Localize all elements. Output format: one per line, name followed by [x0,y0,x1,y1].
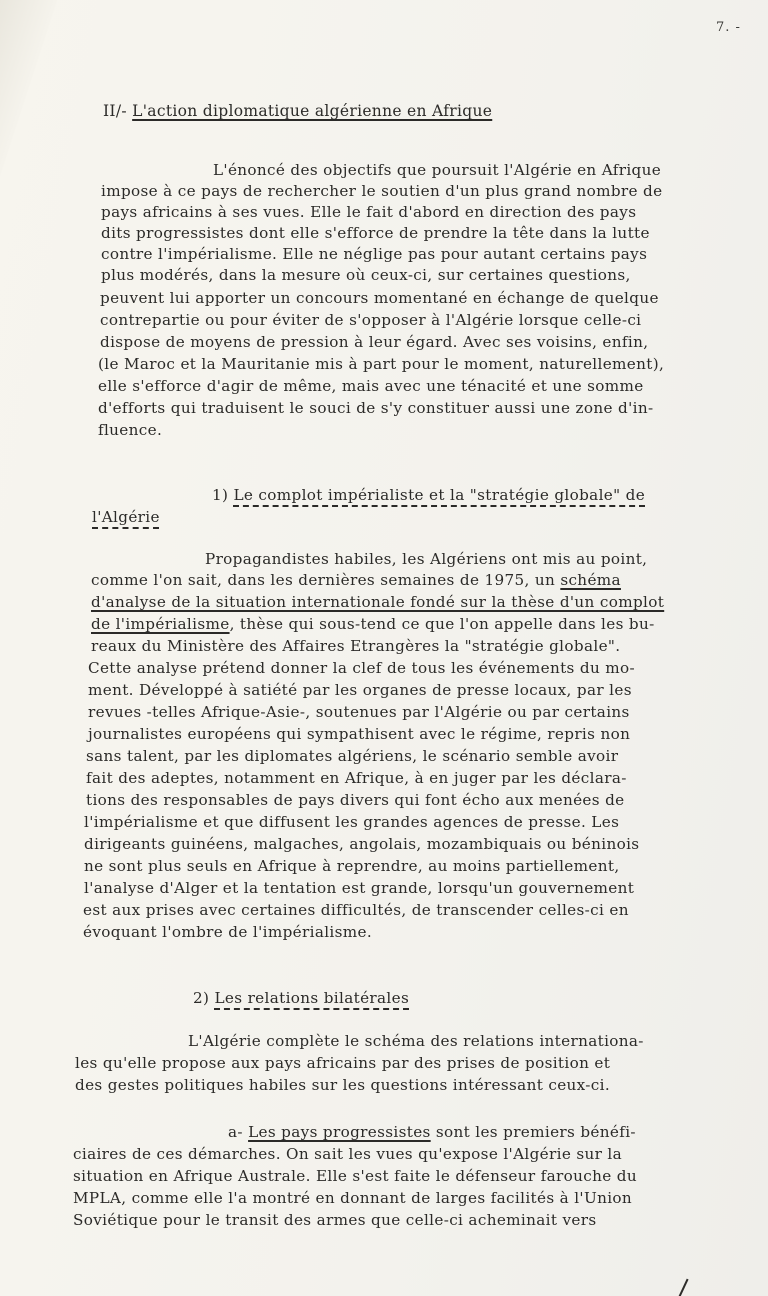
text-line: tions des responsables de pays divers qu… [86,790,624,810]
text-span: , thèse qui sous-tend ce que l'on appell… [230,615,655,633]
document-page: 7. - II/- L'action diplomatique algérien… [0,0,768,1296]
text-line: elle s'efforce d'agir de même, mais avec… [98,376,644,396]
subsection-title-continued: l'Algérie [92,508,160,526]
text-line: ciaires de ces démarches. On sait les vu… [73,1144,622,1164]
subsection-2-heading: 2) Les relations bilatérales [193,988,409,1008]
text-line: plus modérés, dans la mesure où ceux-ci,… [101,265,631,285]
text-line: (le Maroc et la Mauritanie mis à part po… [98,354,664,374]
text-line: Cette analyse prétend donner la clef de … [88,658,635,678]
text-line: Soviétique pour le transit des armes que… [73,1210,597,1230]
page-fold-shadow [0,0,59,243]
section-heading: II/- L'action diplomatique algérienne en… [103,102,492,120]
item-title: Les pays progressistes [248,1123,431,1141]
text-line: d'efforts qui traduisent le souci de s'y… [98,398,653,418]
text-line: ment. Développé à satiété par les organe… [88,680,632,700]
text-line: des gestes politiques habiles sur les qu… [75,1075,610,1095]
subsection-title: Les relations bilatérales [214,989,409,1007]
text-line: revues -telles Afrique-Asie-, soutenues … [88,702,630,722]
text-line: contrepartie ou pour éviter de s'opposer… [100,310,641,330]
text-line: dispose de moyens de pression à leur éga… [100,332,648,352]
text-line: l'analyse d'Alger et la tentation est gr… [84,878,634,898]
text-line: journalistes européens qui sympathisent … [88,724,630,744]
text-line: MPLA, comme elle l'a montré en donnant d… [73,1188,632,1208]
text-line: évoquant l'ombre de l'impérialisme. [83,922,372,942]
text-line: situation en Afrique Australe. Elle s'es… [73,1166,637,1186]
text-line: reaux du Ministère des Affaires Etrangèr… [91,636,620,656]
heading-line: l'Algérie [92,507,160,527]
item-prefix: a- [228,1123,248,1141]
text-line: L'Algérie complète le schéma des relatio… [188,1031,644,1051]
text-line: d'analyse de la situation internationale… [91,592,664,612]
subsection-title: Le complot impérialiste et la "stratégie… [233,486,645,504]
text-line: de l'impérialisme, thèse qui sous-tend c… [91,614,655,634]
text-line: pays africains à ses vues. Elle le fait … [101,202,636,222]
text-line: fait des adeptes, notamment en Afrique, … [86,768,627,788]
section-prefix: II/- [103,102,132,120]
page-number: 7. - [716,20,741,35]
section-title: L'action diplomatique algérienne en Afri… [132,102,492,120]
heading-line: 1) Le complot impérialiste et la "straté… [212,485,645,505]
text-line: fluence. [98,420,162,440]
text-span: sont les premiers bénéfi- [431,1123,636,1141]
text-line: Propagandistes habiles, les Algériens on… [205,549,647,569]
text-line: a- Les pays progressistes sont les premi… [228,1122,636,1142]
text-span: comme l'on sait, dans les dernières sema… [91,571,560,589]
underlined-phrase: d'analyse de la situation internationale… [91,593,664,611]
text-line: ne sont plus seuls en Afrique à reprendr… [84,856,620,876]
underlined-phrase: de l'impérialisme [91,615,230,633]
text-line: l'impérialisme et que diffusent les gran… [84,812,619,832]
subsection-number: 2) [193,989,214,1007]
text-line: L'énoncé des objectifs que poursuit l'Al… [213,160,661,180]
text-line: dirigeants guinéens, malgaches, angolais… [84,834,639,854]
underlined-phrase: schéma [560,571,621,589]
text-line: est aux prises avec certaines difficulté… [83,900,629,920]
text-line: dits progressistes dont elle s'efforce d… [101,223,650,243]
text-line: comme l'on sait, dans les dernières sema… [91,570,621,590]
subsection-number: 1) [212,486,233,504]
text-line: impose à ce pays de rechercher le soutie… [101,181,662,201]
text-line: peuvent lui apporter un concours momenta… [100,288,659,308]
pen-mark [677,1279,688,1296]
text-line: les qu'elle propose aux pays africains p… [75,1053,610,1073]
text-line: sans talent, par les diplomates algérien… [86,746,618,766]
text-line: contre l'impérialisme. Elle ne néglige p… [101,244,647,264]
